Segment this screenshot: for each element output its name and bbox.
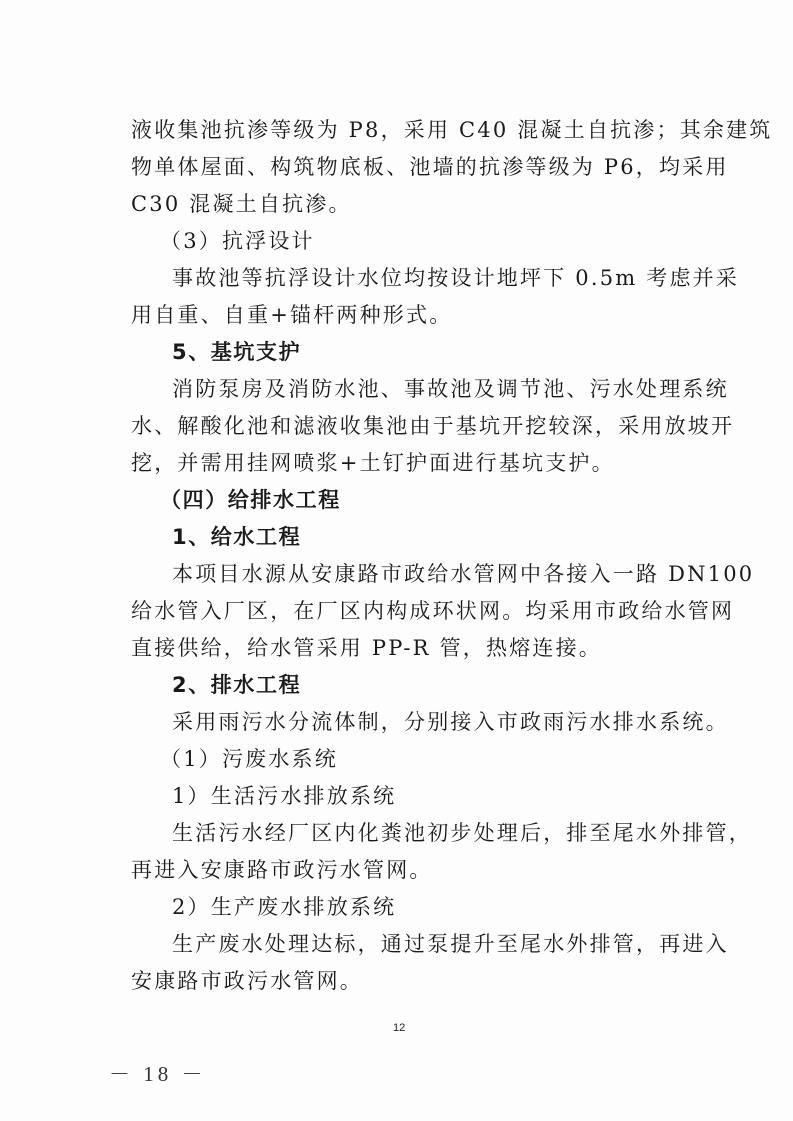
paragraph-line: 用自重、自重+锚杆两种形式。 — [131, 302, 671, 328]
paragraph-line: 给水管入厂区，在厂区内构成环状网。均采用市政给水管网 — [131, 598, 671, 624]
paragraph-line: 挖，并需用挂网喷浆+土钉护面进行基坑支护。 — [131, 450, 671, 476]
outer-page-number: － 18 － — [109, 1058, 207, 1088]
paragraph-line: 生活污水经厂区内化粪池初步处理后，排至尾水外排管， — [172, 820, 712, 846]
paragraph-line: 采用雨污水分流体制，分别接入市政雨污水排水系统。 — [172, 709, 712, 735]
paragraph-line: 本项目水源从安康路市政给水管网中各接入一路 DN100 — [172, 561, 712, 587]
document-page: 液收集池抗渗等级为 P8，采用 C40 混凝土自抗渗；其余建筑 物单体屋面、构筑… — [0, 0, 793, 1121]
subsection-heading: （1）污废水系统 — [160, 746, 700, 772]
chapter-heading: （四）给排水工程 — [160, 487, 700, 513]
paragraph-line: 水、解酸化池和滤液收集池由于基坑开挖较深，采用放坡开 — [131, 413, 671, 439]
paragraph-line: 液收集池抗渗等级为 P8，采用 C40 混凝土自抗渗；其余建筑 — [131, 117, 671, 143]
paragraph-line: 事故池等抗浮设计水位均按设计地坪下 0.5m 考虑并采 — [172, 265, 712, 291]
paragraph-line: 再进入安康路市政污水管网。 — [131, 857, 671, 883]
paragraph-line: 生产废水处理达标，通过泵提升至尾水外排管，再进入 — [172, 931, 712, 957]
paragraph-line: 安康路市政污水管网。 — [131, 968, 671, 994]
subsection-heading: 1）生活污水排放系统 — [172, 783, 712, 809]
subsection-heading: （3）抗浮设计 — [160, 228, 700, 254]
inner-page-number: 12 — [393, 1022, 405, 1034]
section-heading: 5、基坑支护 — [172, 339, 712, 365]
subsection-heading: 2）生产废水排放系统 — [172, 894, 712, 920]
paragraph-line: C30 混凝土自抗渗。 — [131, 191, 671, 217]
paragraph-line: 直接供给，给水管采用 PP-R 管，热熔连接。 — [131, 635, 671, 661]
section-heading: 1、给水工程 — [172, 524, 712, 550]
section-heading: 2、排水工程 — [172, 672, 712, 698]
paragraph-line: 消防泵房及消防水池、事故池及调节池、污水处理系统 — [172, 376, 712, 402]
paragraph-line: 物单体屋面、构筑物底板、池墙的抗渗等级为 P6，均采用 — [131, 154, 671, 180]
